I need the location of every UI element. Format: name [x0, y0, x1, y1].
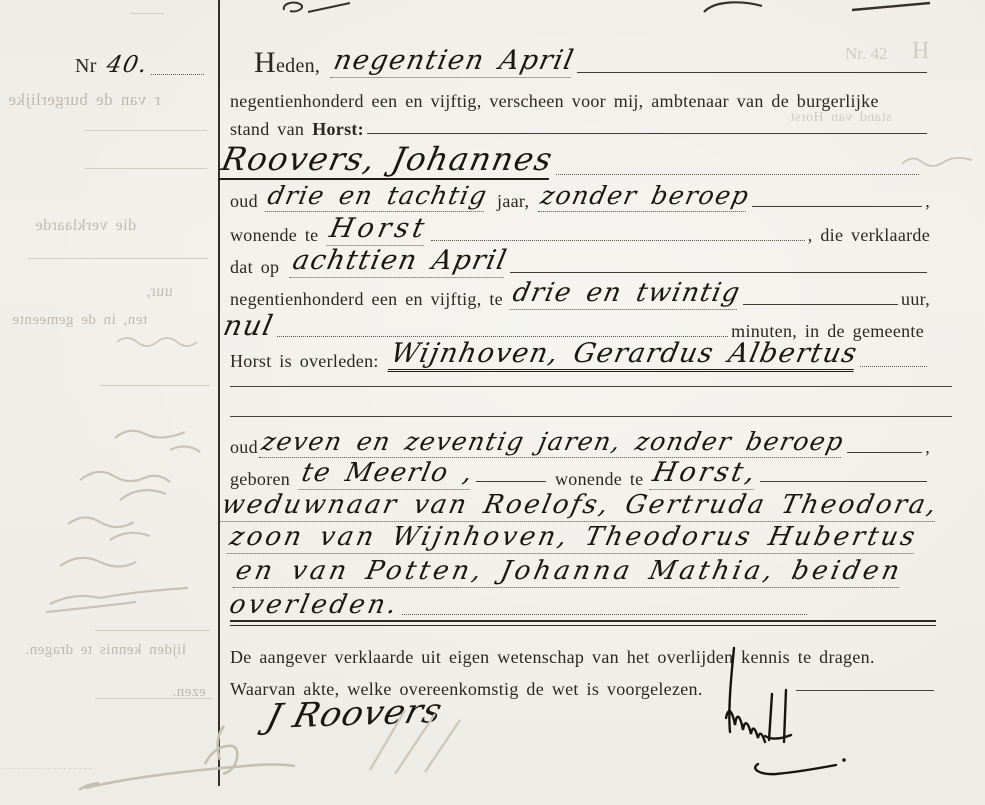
margin-vertical-rule — [218, 0, 220, 786]
jaar-label: jaar, — [497, 191, 529, 212]
section-divider-rule — [230, 620, 936, 626]
row-declarant-name: Roovers, Johannes — [222, 138, 922, 180]
act-number-leader-line — [151, 74, 204, 75]
row-stand: stand van Horst: — [230, 114, 930, 140]
overleden-fill-line — [402, 614, 807, 615]
heden-fill-line — [577, 72, 927, 73]
row-mother: en van Potten, Johanna Mathia, beiden — [236, 552, 936, 588]
blank-ruled-line-2 — [230, 416, 952, 417]
act-number-row: Nr 40. — [75, 52, 207, 78]
oud-label: oud — [230, 191, 258, 212]
stand-label: stand van — [230, 119, 304, 140]
bleedthrough-line — [95, 630, 210, 631]
bleedthrough-line — [100, 385, 210, 386]
declarant-name-fill-line — [556, 174, 919, 175]
bleedthrough-handwriting-block — [20, 420, 215, 630]
birth-fill-line — [476, 481, 546, 482]
row-birth-residence: geboren te Meerlo , wonende te Horst, — [230, 452, 930, 490]
deceased-name-handwriting: Wijnhoven, Gerardus Albertus — [387, 338, 860, 372]
year-line-text: negentienhonderd een en vijftig, versche… — [230, 91, 879, 112]
mother-line-handwriting: en van Potten, Johanna Mathia, beiden — [233, 556, 906, 588]
act-number-value: 40. — [104, 52, 151, 78]
row-year: negentienhonderd een en vijftig, versche… — [230, 86, 930, 112]
death-date-fill-line — [510, 272, 927, 273]
bleedthrough-text-verklaarde: die verklaarde — [35, 217, 136, 235]
declarant-occupation-handwriting: zonder beroep — [538, 181, 753, 212]
official-signature — [716, 644, 861, 784]
row-heden: Heden, negentien April — [230, 40, 930, 78]
row-father: zoon van Wijnhoven, Theodorus Hubertus — [230, 518, 930, 554]
top-edge-handwriting-fragment-mid — [700, 0, 770, 16]
declarant-name-handwriting: Roovers, Johannes — [218, 140, 557, 180]
bleedthrough-text-burgerlijke: r van de burgerlijke — [8, 90, 160, 110]
top-left-faint-mark — [130, 13, 164, 14]
row-deceased-name: Horst is overleden: Wijnhoven, Gerardus … — [230, 336, 930, 372]
residence-fill-line — [431, 240, 805, 241]
bleedthrough-text-uur: uur, — [146, 283, 173, 301]
stand-place: Horst: — [312, 119, 364, 140]
hour-fill-line — [743, 304, 898, 305]
father-line-handwriting: zoon van Wijnhoven, Theodorus Hubertus — [227, 522, 921, 554]
row-widower: weduwnaar van Roelofs, Gertruda Theodora… — [222, 486, 922, 522]
declarant-age-handwriting: drie en tachtig — [265, 181, 491, 212]
bleedthrough-line — [85, 168, 207, 169]
bleedthrough-line — [95, 698, 213, 699]
mother-line-end-handwriting: overleden. — [227, 590, 402, 620]
deceased-name-fill-line — [860, 366, 927, 367]
death-certificate-page: Nr 40. r van de burgerlijke die verklaar… — [0, 0, 985, 805]
row-overleden-end: overleden. — [230, 586, 930, 620]
bleedthrough-dotted-marks — [2, 768, 92, 769]
bleedthrough-marks-behind-signature — [350, 700, 500, 780]
top-edge-handwriting-fragment-right — [850, 0, 935, 14]
age-comma: , — [925, 191, 930, 212]
bleedthrough-text-gemeente: ten, in de gemeente — [12, 312, 147, 329]
act-number-label: Nr — [75, 55, 97, 78]
overleden-label: Horst is overleden: — [230, 351, 379, 372]
top-edge-handwriting-fragment-left — [278, 0, 358, 16]
row-death-hour: negentienhonderd een en vijftig, te drie… — [230, 274, 930, 310]
row-death-date: dat op achttien April — [230, 242, 930, 278]
deceased-residence-fill-line — [760, 481, 927, 482]
act-date-handwriting: negentien April — [331, 45, 578, 78]
bleedthrough-handwriting-upper — [115, 332, 215, 348]
bleedthrough-line — [85, 130, 207, 131]
stand-fill-line — [367, 133, 927, 134]
bleedthrough-line — [28, 258, 208, 259]
heden-label: Heden, — [254, 51, 320, 78]
row-declarant-age: oud drie en tachtig jaar, zonder beroep … — [230, 176, 930, 212]
row-declarant-residence: wonende te Horst , die verklaarde — [230, 210, 930, 246]
blank-ruled-line-1 — [230, 386, 952, 387]
bleedthrough-text-dragen: lijden kennis te dragen. — [25, 642, 186, 659]
age-fill-line — [752, 206, 922, 207]
